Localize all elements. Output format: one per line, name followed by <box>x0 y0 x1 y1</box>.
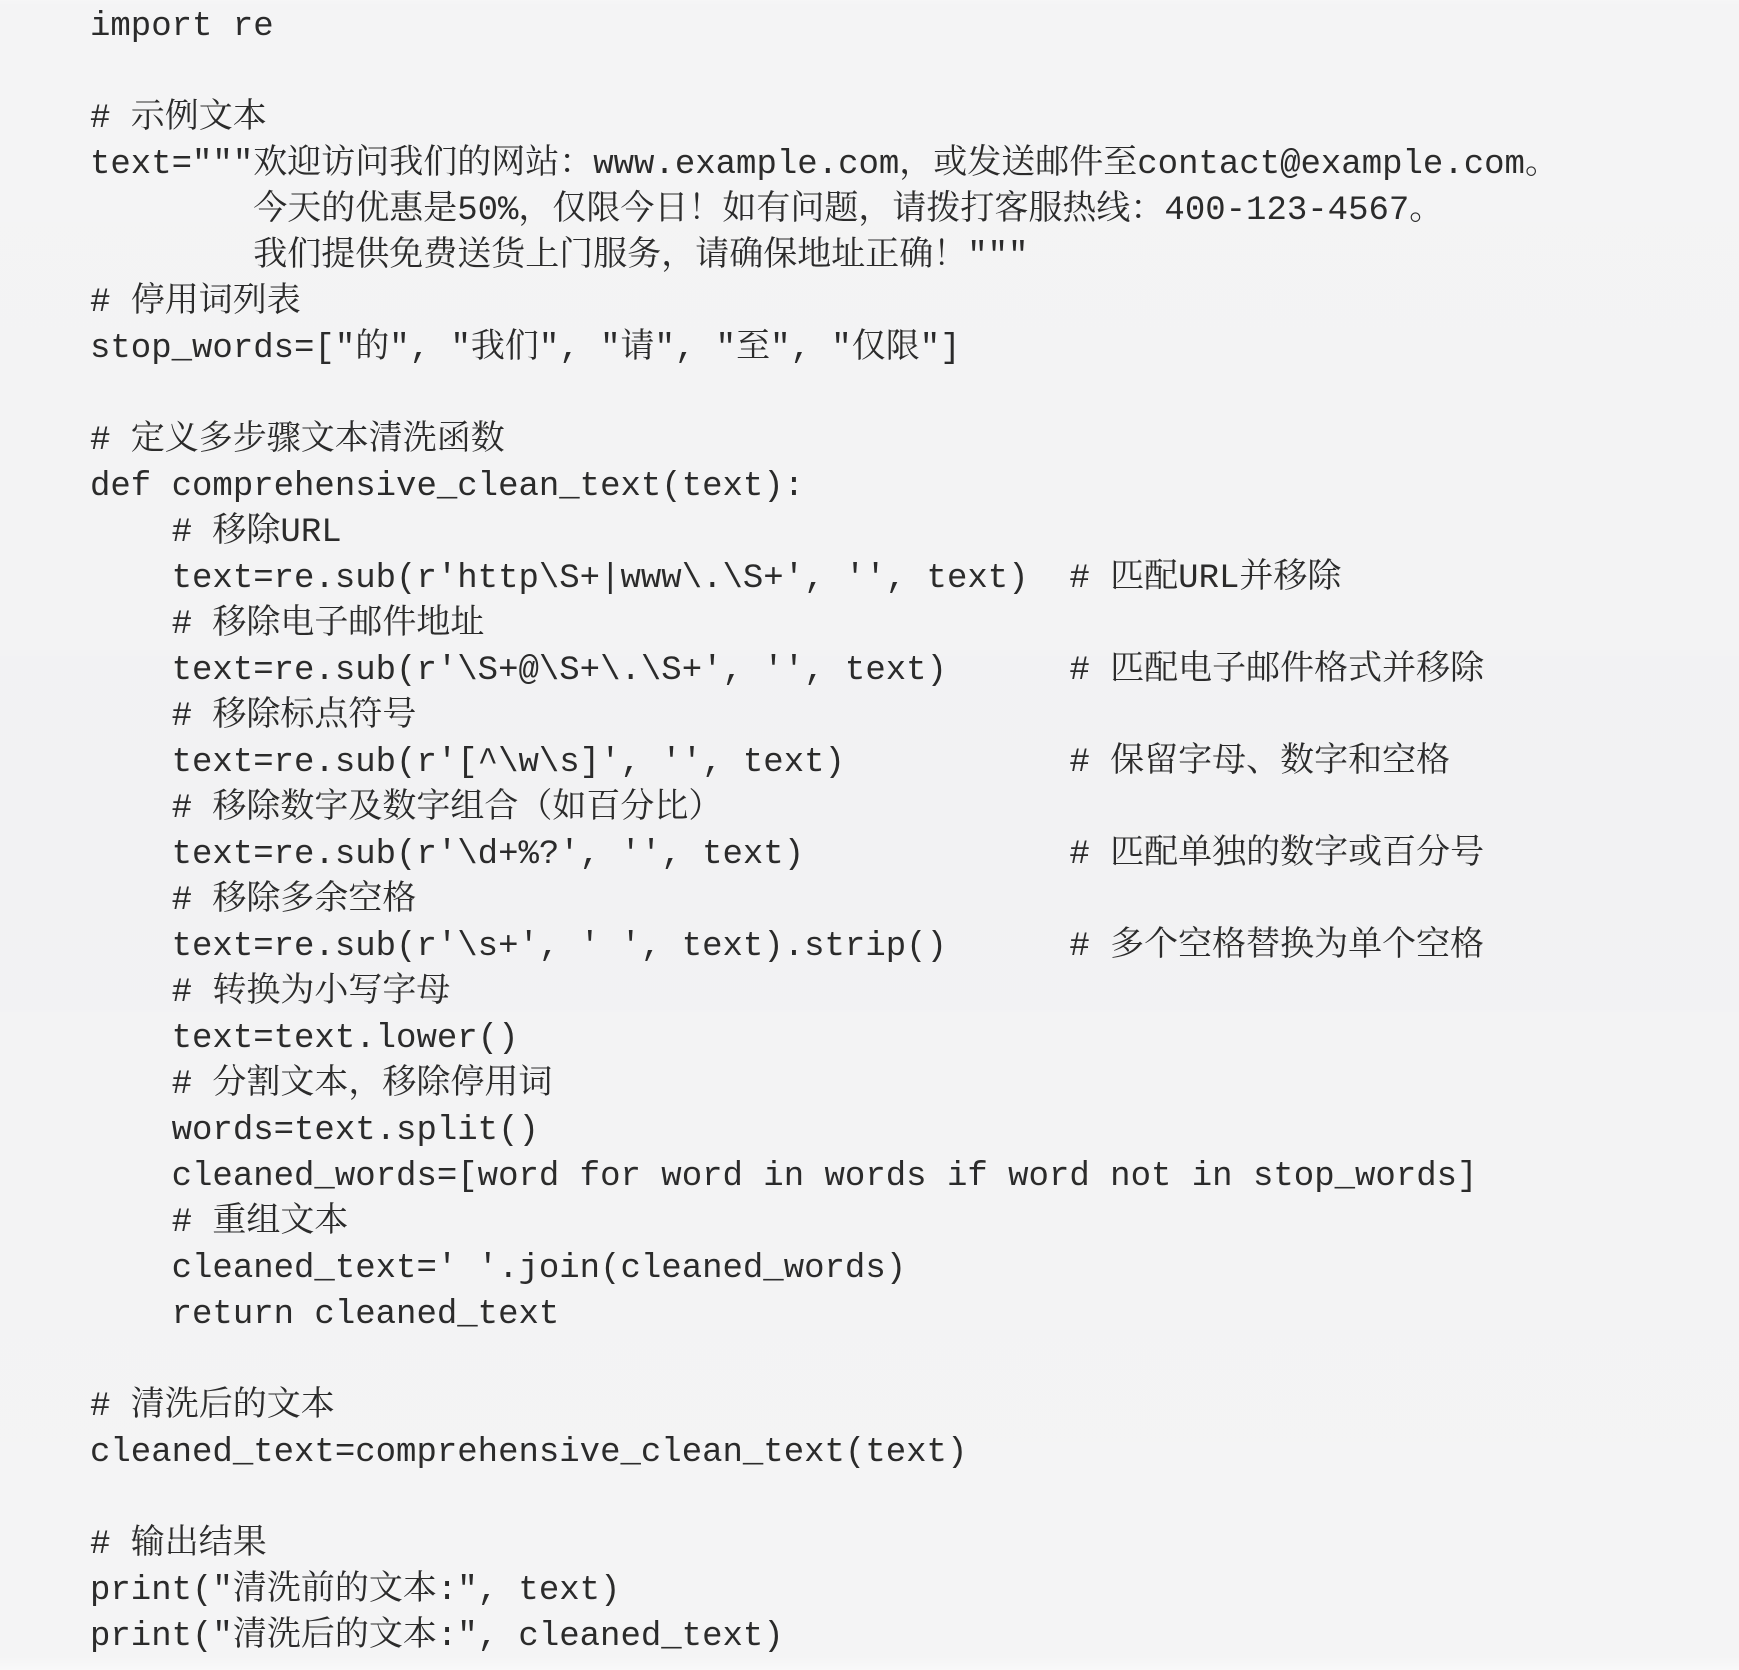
code-line: text="""欢迎访问我们的网站：www.example.com，或发送邮件至… <box>90 142 1719 188</box>
code-line <box>90 372 1719 418</box>
code-line <box>90 50 1719 96</box>
code-line: text=re.sub(r'[^\w\s]', '', text) # 保留字母… <box>90 740 1719 786</box>
code-line: words=text.split() <box>90 1108 1719 1154</box>
code-line: 我们提供免费送货上门服务，请确保地址正确！""" <box>90 234 1719 280</box>
code-line: # 输出结果 <box>90 1522 1719 1568</box>
code-line: # 移除多余空格 <box>90 878 1719 924</box>
code-line: text=re.sub(r'\S+@\S+\.\S+', '', text) #… <box>90 648 1719 694</box>
code-line <box>90 1476 1719 1522</box>
code-line: text=re.sub(r'\s+', ' ', text).strip() #… <box>90 924 1719 970</box>
code-line: stop_words=["的", "我们", "请", "至", "仅限"] <box>90 326 1719 372</box>
code-line: # 移除URL <box>90 510 1719 556</box>
code-line <box>90 1338 1719 1384</box>
code-line: print("清洗后的文本:", cleaned_text) <box>90 1614 1719 1660</box>
code-line: # 停用词列表 <box>90 280 1719 326</box>
code-line: text=re.sub(r'\d+%?', '', text) # 匹配单独的数… <box>90 832 1719 878</box>
code-line: print("清洗前的文本:", text) <box>90 1568 1719 1614</box>
code-line: # 定义多步骤文本清洗函数 <box>90 418 1719 464</box>
code-line: cleaned_text=comprehensive_clean_text(te… <box>90 1430 1719 1476</box>
code-line: text=text.lower() <box>90 1016 1719 1062</box>
code-line: return cleaned_text <box>90 1292 1719 1338</box>
code-editor: import re # 示例文本text="""欢迎访问我们的网站：www.ex… <box>0 0 1739 1670</box>
code-line: # 示例文本 <box>90 96 1719 142</box>
code-line: # 分割文本，移除停用词 <box>90 1062 1719 1108</box>
code-line: cleaned_words=[word for word in words if… <box>90 1154 1719 1200</box>
code-line: # 清洗后的文本 <box>90 1384 1719 1430</box>
python-code-block: import re # 示例文本text="""欢迎访问我们的网站：www.ex… <box>90 4 1719 1660</box>
code-line: import re <box>90 4 1719 50</box>
code-line: # 转换为小写字母 <box>90 970 1719 1016</box>
code-line: # 移除电子邮件地址 <box>90 602 1719 648</box>
code-line: cleaned_text=' '.join(cleaned_words) <box>90 1246 1719 1292</box>
code-line: # 移除标点符号 <box>90 694 1719 740</box>
code-line: # 重组文本 <box>90 1200 1719 1246</box>
code-line: text=re.sub(r'http\S+|www\.\S+', '', tex… <box>90 556 1719 602</box>
code-line: 今天的优惠是50%，仅限今日！如有问题，请拨打客服热线：400-123-4567… <box>90 188 1719 234</box>
code-line: def comprehensive_clean_text(text): <box>90 464 1719 510</box>
code-line: # 移除数字及数字组合（如百分比） <box>90 786 1719 832</box>
